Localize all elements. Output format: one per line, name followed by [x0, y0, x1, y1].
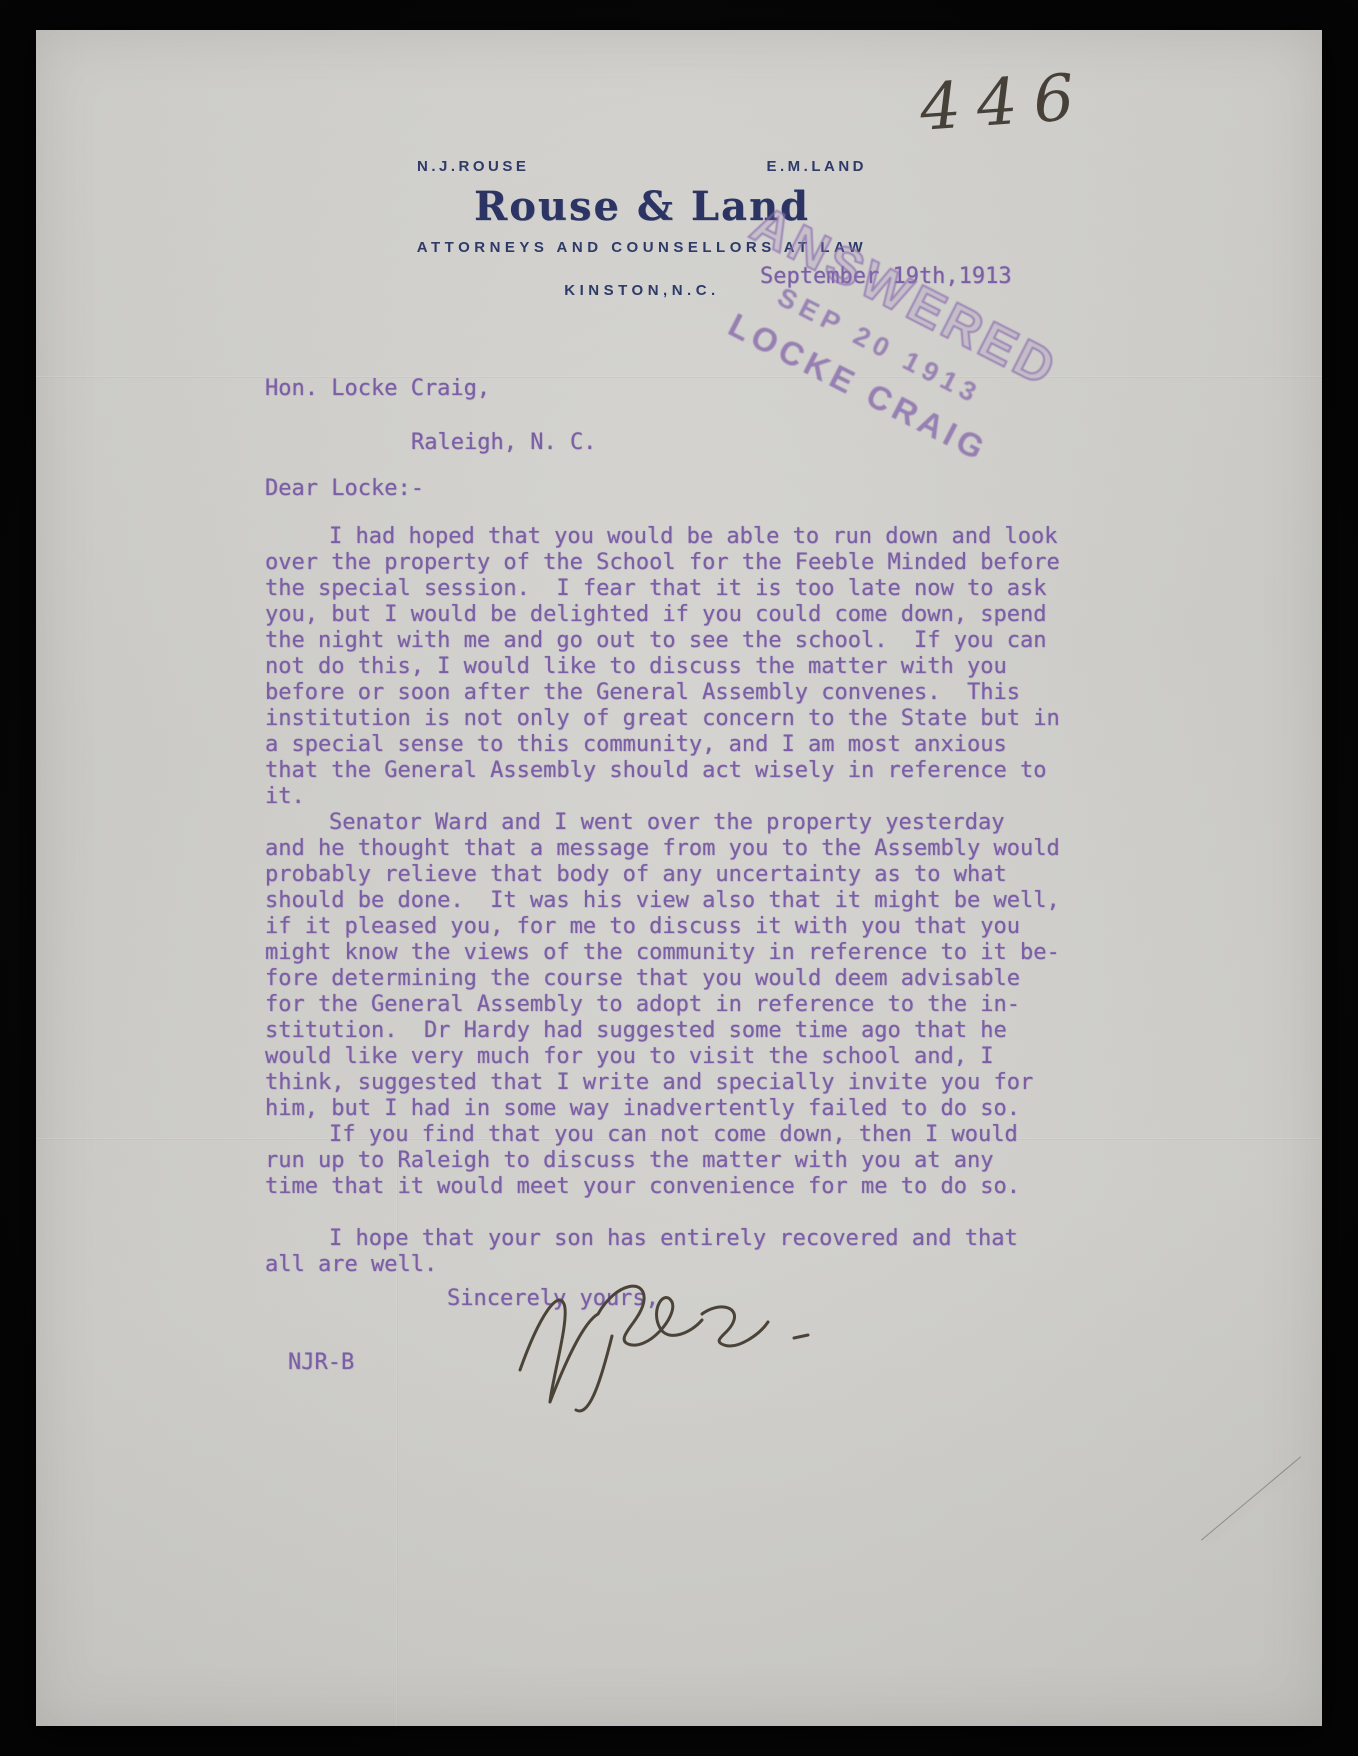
recipient-name: Hon. Locke Craig, [265, 376, 490, 401]
firm-subtitle: ATTORNEYS AND COUNSELLORS AT LAW [362, 239, 922, 256]
paragraph-3: If you find that you can not come down, … [265, 1122, 1125, 1200]
archive-page-number: 446 [918, 60, 1093, 146]
partner-names: N.J.ROUSE E.M.LAND [362, 158, 922, 175]
paragraph-1: I had hoped that you would be able to ru… [265, 524, 1125, 810]
signature [506, 1252, 826, 1432]
letter-date: September 19th,1913 [760, 264, 1012, 289]
salutation: Dear Locke:- [265, 476, 424, 501]
partner-name-rouse: N.J.ROUSE [417, 158, 529, 175]
letter-page: 446 N.J.ROUSE E.M.LAND Rouse & Land ATTO… [36, 30, 1322, 1726]
letter-body: I had hoped that you would be able to ru… [265, 524, 1125, 1278]
partner-name-land: E.M.LAND [767, 158, 868, 175]
typist-initials: NJR-B [288, 1350, 354, 1375]
firm-name: Rouse & Land [362, 183, 922, 230]
stamp-recipient-text: LOCKE CRAIG [672, 280, 1046, 495]
fold-crease-top [36, 376, 1322, 378]
recipient-city: Raleigh, N. C. [411, 430, 596, 455]
corner-fold [1201, 1456, 1301, 1540]
scan-background: 446 N.J.ROUSE E.M.LAND Rouse & Land ATTO… [0, 0, 1358, 1756]
paragraph-2: Senator Ward and I went over the propert… [265, 810, 1125, 1122]
